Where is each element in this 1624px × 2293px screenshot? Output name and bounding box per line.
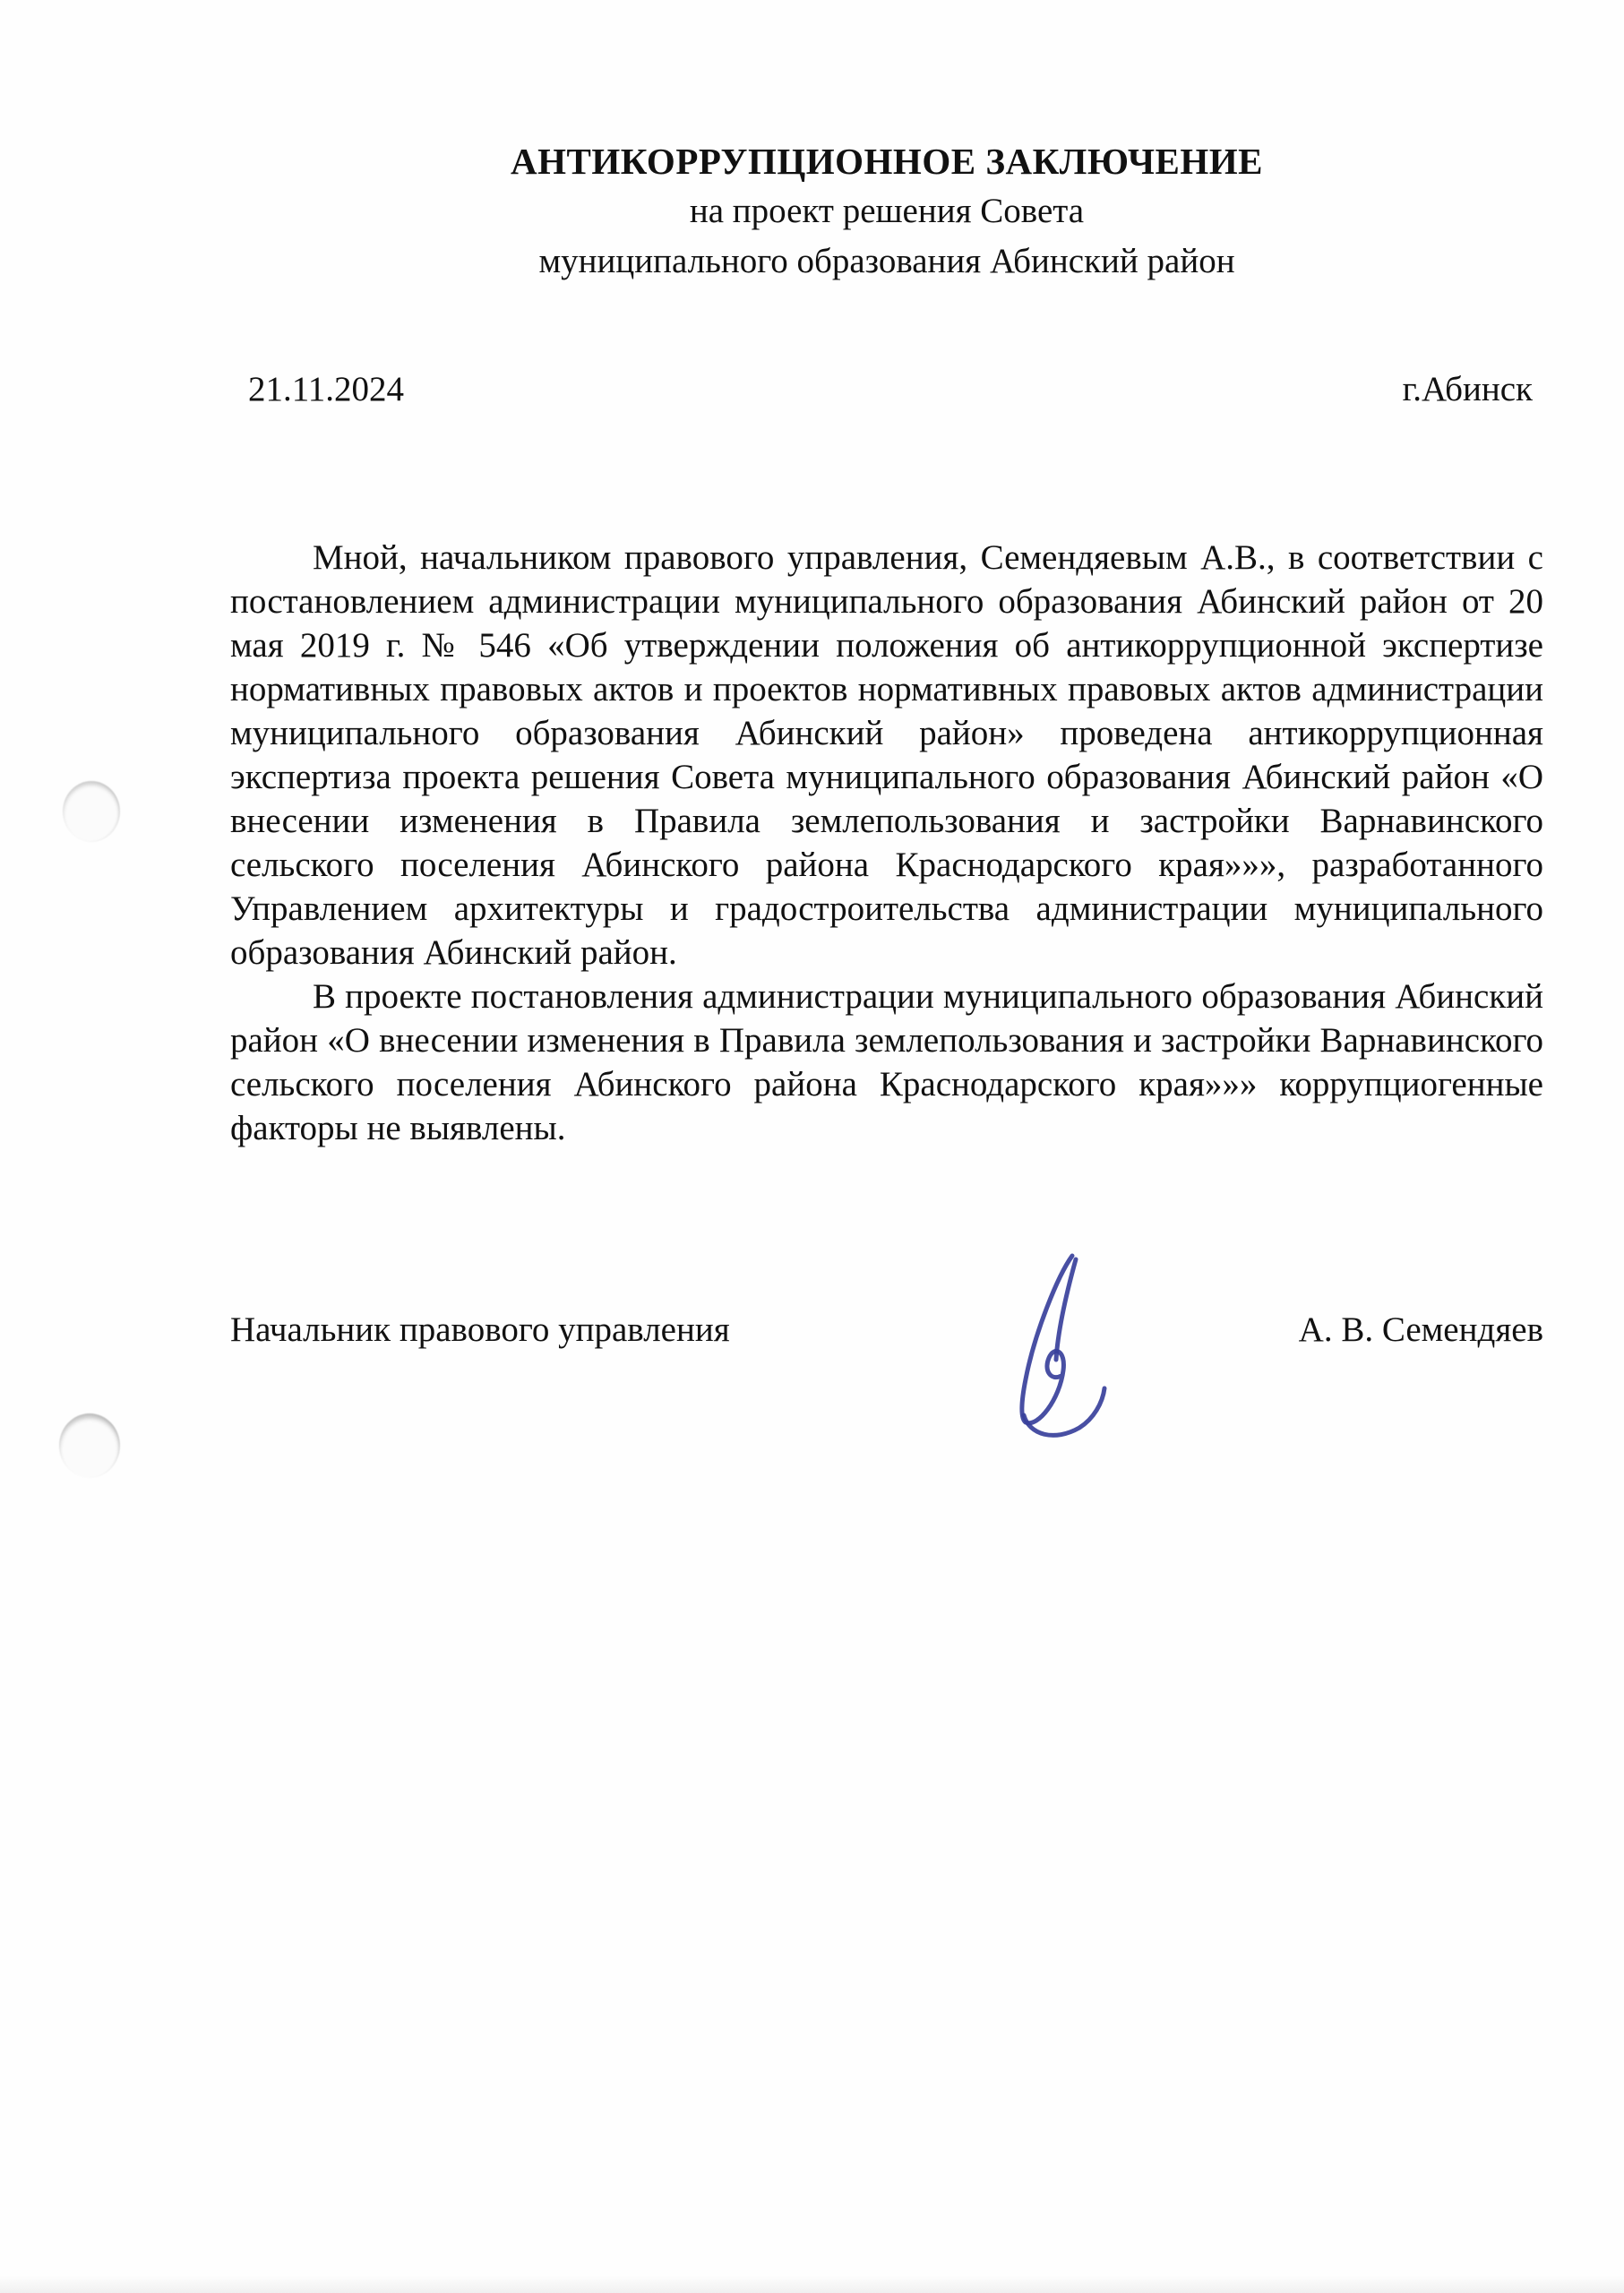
document-subtitle-line: муниципального образования Абинский райо… <box>230 236 1543 287</box>
document-body: Мной, начальником правового управления, … <box>230 536 1543 1150</box>
hole-punch-mark <box>63 781 120 842</box>
document-date: 21.11.2024 <box>248 369 404 409</box>
document-place: г.Абинск <box>1403 369 1533 409</box>
signer-name: А. В. Семендяев <box>1299 1310 1543 1350</box>
dateline-row: 21.11.2024 г.Абинск <box>230 369 1543 409</box>
signature-row: Начальник правового управления А. В. Сем… <box>230 1310 1543 1350</box>
signer-role: Начальник правового управления <box>230 1310 730 1350</box>
document-title-block: АНТИКОРРУПЦИОННОЕ ЗАКЛЮЧЕНИЕ на проект р… <box>230 136 1543 287</box>
scan-artifact <box>0 2275 1624 2293</box>
hole-punch-mark <box>59 1413 120 1478</box>
handwritten-signature-ink <box>972 1245 1124 1451</box>
body-paragraph: Мной, начальником правового управления, … <box>230 536 1543 975</box>
body-paragraph: В проекте постановления администрации му… <box>230 975 1543 1150</box>
document-title: АНТИКОРРУПЦИОННОЕ ЗАКЛЮЧЕНИЕ <box>230 136 1543 186</box>
document-subtitle-line: на проект решения Совета <box>230 186 1543 236</box>
scanned-document-page: АНТИКОРРУПЦИОННОЕ ЗАКЛЮЧЕНИЕ на проект р… <box>0 0 1624 2293</box>
